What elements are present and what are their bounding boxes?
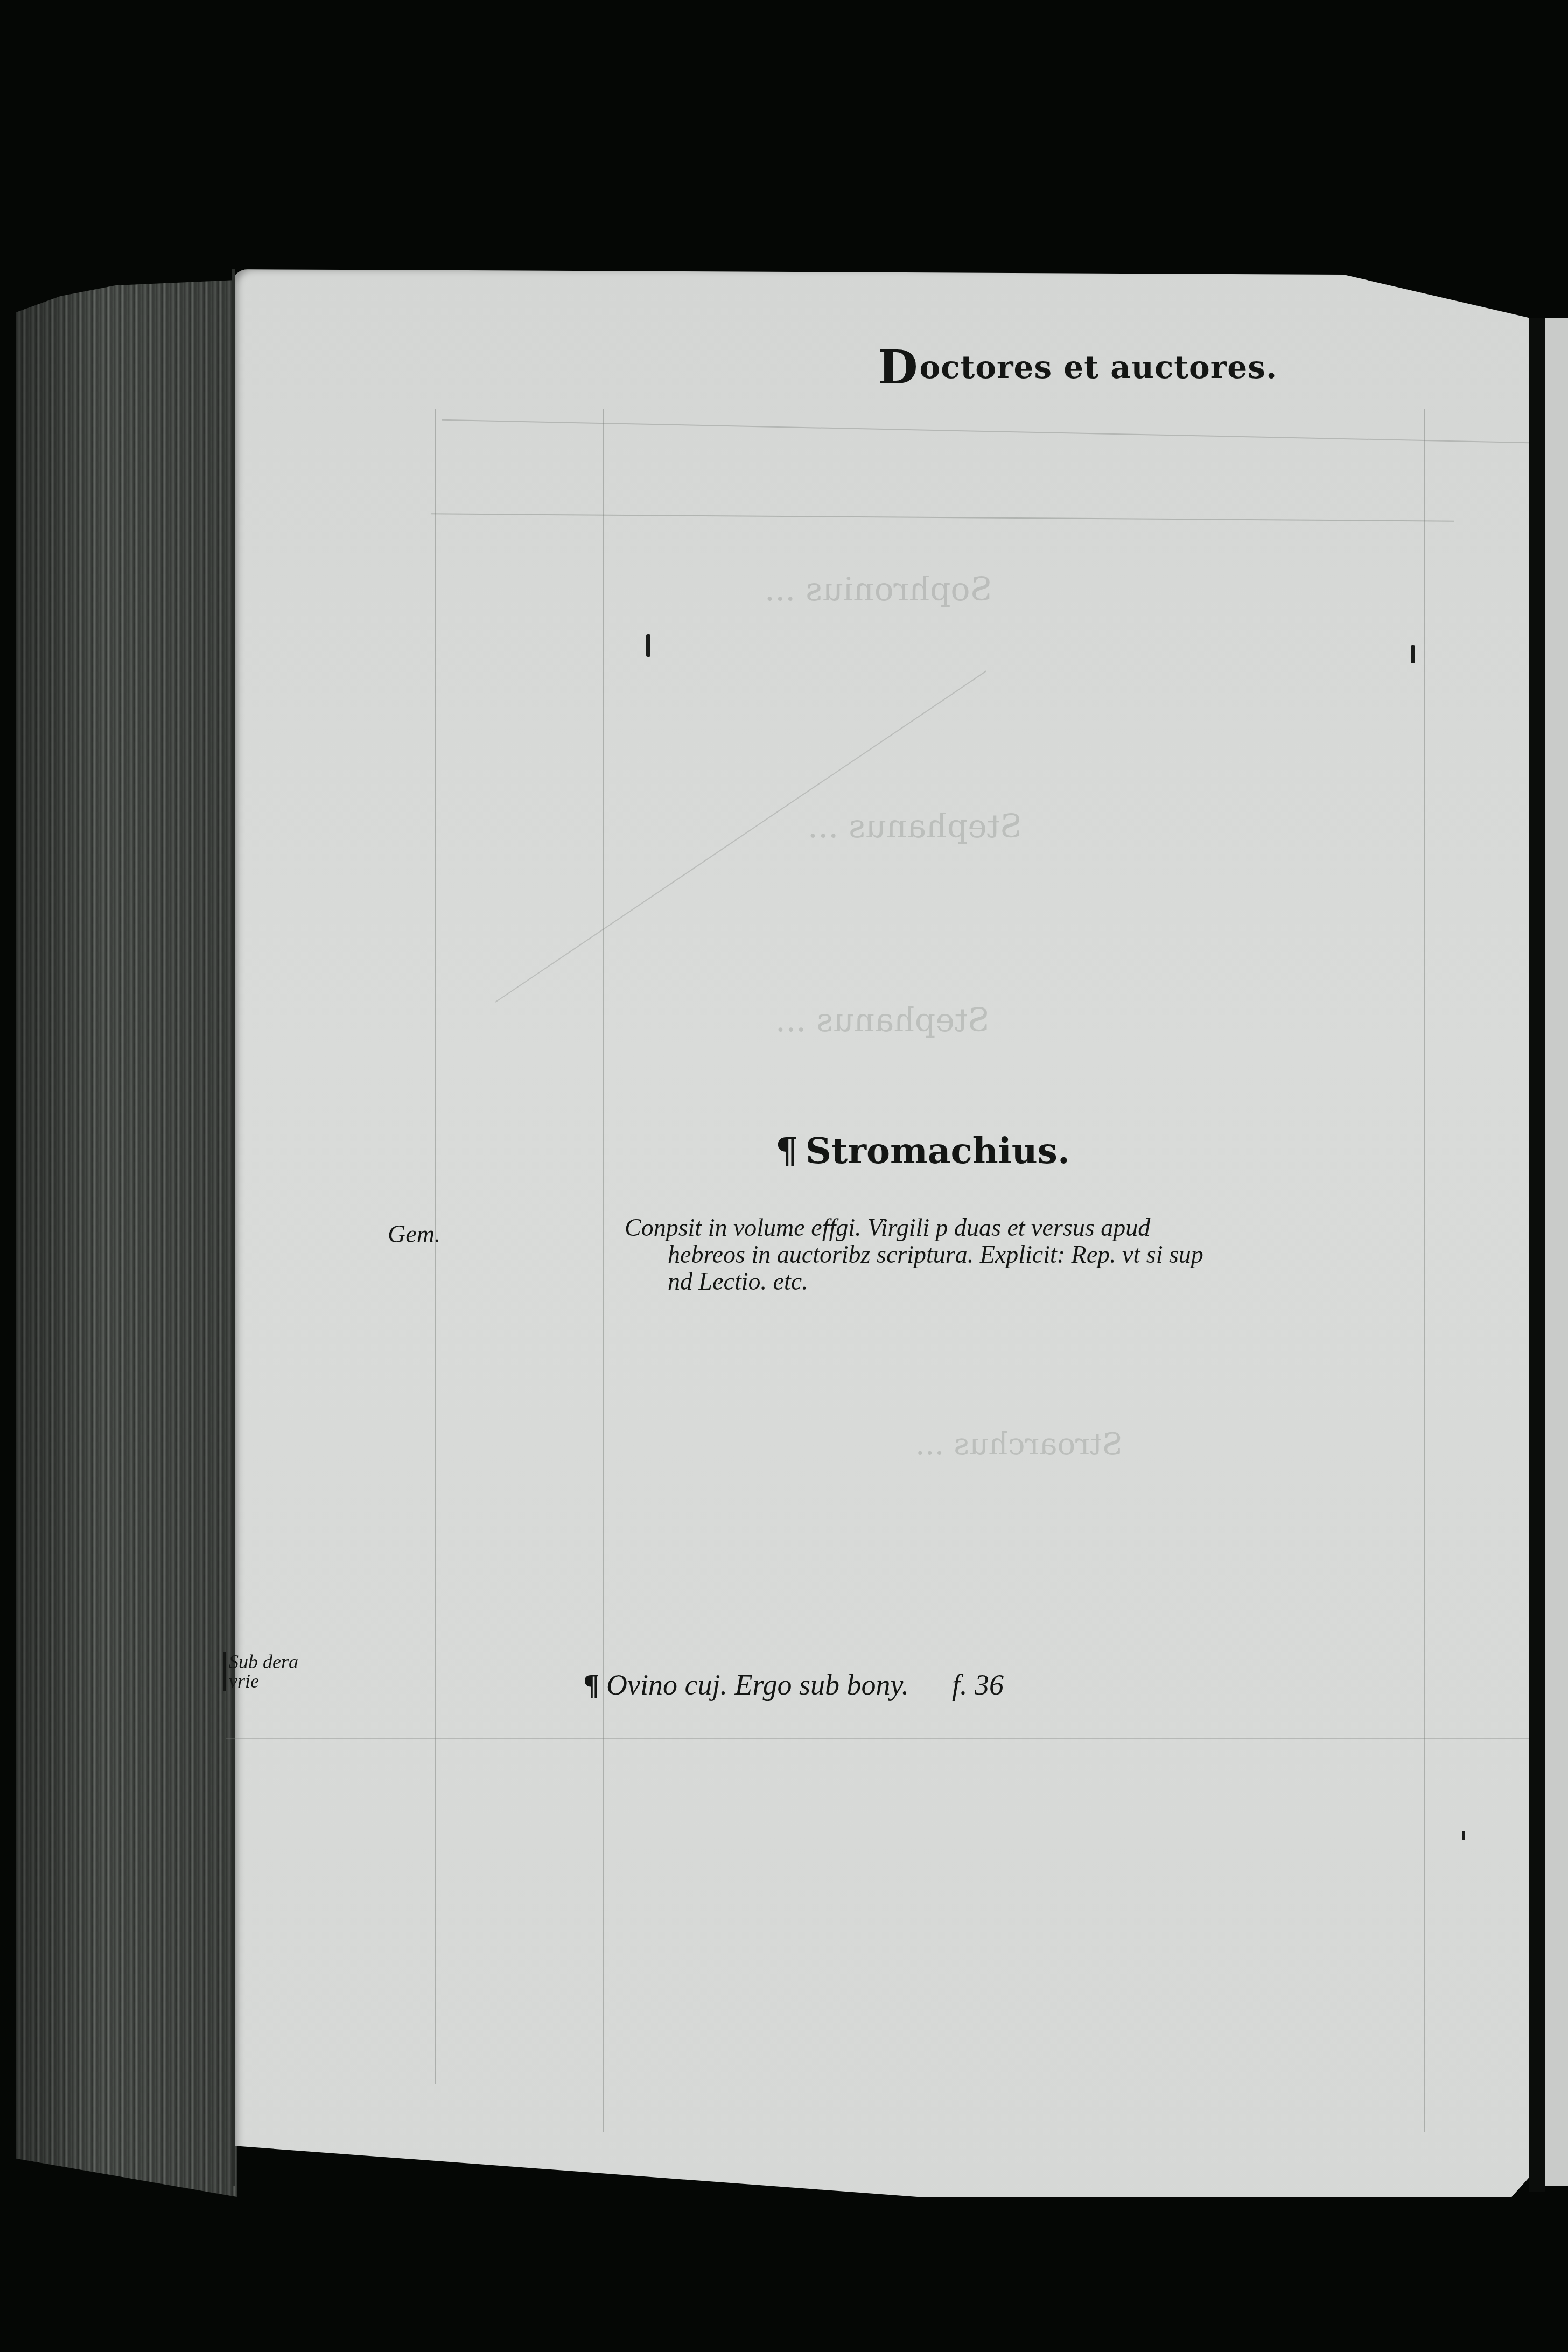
bleed-through-line: Sophronius ... <box>765 571 992 608</box>
pilcrow-icon: ¶ <box>584 1669 599 1701</box>
entry-title: Stromachius. <box>806 1130 1070 1172</box>
photo-background <box>0 2197 1568 2352</box>
bleed-through-line: Stephanus ... <box>808 808 1022 845</box>
bleed-through-line: Stephanus ... <box>775 1002 990 1039</box>
entry-body-line: Conpsit in volume effgi. Virgili p duas … <box>625 1214 1443 1241</box>
ruling-bottom <box>226 1738 1529 1739</box>
ruling-text-left <box>603 409 604 2132</box>
page-left-edge <box>232 269 235 2186</box>
reference-text: Ovino cuj. Ergo sub bony. <box>606 1669 909 1701</box>
running-header: Doctores et auctores. <box>878 345 1277 391</box>
margin-note-line: Sub dera <box>229 1652 298 1671</box>
folio-reference: f. 36 <box>952 1669 1004 1701</box>
ink-mark <box>646 634 650 657</box>
bleed-through-line: Stroarchus ... <box>915 1427 1123 1462</box>
fore-edge-shadow <box>16 280 237 2197</box>
margin-note-line: vrie <box>229 1671 298 1691</box>
ink-mark <box>1462 1831 1465 1840</box>
pilcrow-icon: ¶ <box>775 1130 798 1172</box>
entry-body-line: nd Lectio. etc. <box>625 1268 1443 1295</box>
margin-note-bracketed: Sub dera vrie <box>223 1652 298 1691</box>
header-initial: D <box>878 345 919 391</box>
margin-note: Gem. <box>388 1220 440 1248</box>
ink-mark <box>1411 645 1415 663</box>
next-page-gutter <box>1529 318 1545 2192</box>
reference-line: ¶Ovino cuj. Ergo sub bony.f. 36 <box>584 1668 1004 1702</box>
next-page-sliver <box>1545 318 1568 2186</box>
entry-body: Conpsit in volume effgi. Virgili p duas … <box>625 1214 1443 1295</box>
header-title-text: octores et auctores. <box>920 349 1278 386</box>
entry-heading: ¶Stromachius. <box>775 1130 1070 1172</box>
entry-body-line: hebreos in auctoribz scriptura. Explicit… <box>625 1241 1443 1268</box>
